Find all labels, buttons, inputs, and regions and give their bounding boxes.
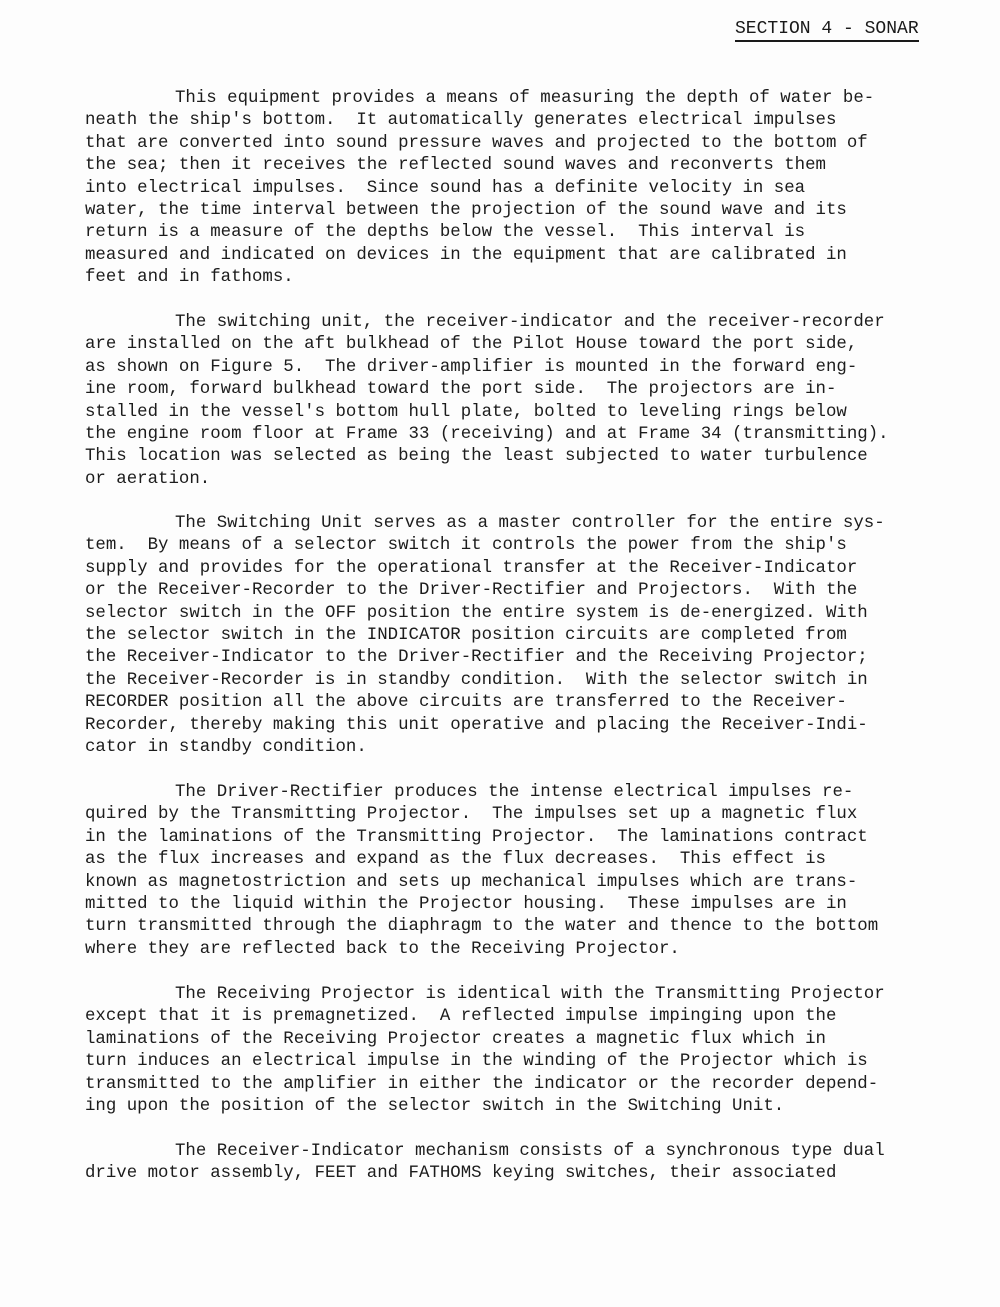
text-line: transmitted to the amplifier in either t… — [85, 1074, 965, 1096]
text-line: feet and in fathoms. — [85, 267, 965, 289]
text-line: ine room, forward bulkhead toward the po… — [85, 379, 965, 401]
text-line: This equipment provides a means of measu… — [85, 88, 965, 110]
text-line: turn transmitted through the diaphragm t… — [85, 916, 965, 938]
text-line: in the laminations of the Transmitting P… — [85, 827, 965, 849]
text-line: the selector switch in the INDICATOR pos… — [85, 625, 965, 647]
text-line: measured and indicated on devices in the… — [85, 245, 965, 267]
text-line: Recorder, thereby making this unit opera… — [85, 715, 965, 737]
text-line: The switching unit, the receiver-indicat… — [85, 312, 965, 334]
text-line: the Receiver-Indicator to the Driver-Rec… — [85, 647, 965, 669]
text-line: The Switching Unit serves as a master co… — [85, 513, 965, 535]
text-line: selector switch in the OFF position the … — [85, 603, 965, 625]
text-line: tem. By means of a selector switch it co… — [85, 535, 965, 557]
paragraph-equipment-overview: This equipment provides a means of measu… — [85, 88, 965, 290]
text-line: This location was selected as being the … — [85, 446, 965, 468]
paragraph-driver-rectifier: The Driver-Rectifier produces the intens… — [85, 782, 965, 961]
section-header: SECTION 4 - SONAR — [735, 19, 919, 42]
text-line: supply and provides for the operational … — [85, 558, 965, 580]
text-line: water, the time interval between the pro… — [85, 200, 965, 222]
text-line: laminations of the Receiving Projector c… — [85, 1029, 965, 1051]
text-line: stalled in the vessel's bottom hull plat… — [85, 402, 965, 424]
paragraph-installation-location: The switching unit, the receiver-indicat… — [85, 312, 965, 491]
text-line: cator in standby condition. — [85, 737, 965, 759]
text-line: are installed on the aft bulkhead of the… — [85, 334, 965, 356]
text-line: or the Receiver-Recorder to the Driver-R… — [85, 580, 965, 602]
document-page: SECTION 4 - SONAR This equipment provide… — [0, 0, 1000, 1307]
paragraph-receiver-indicator: The Receiver-Indicator mechanism consist… — [85, 1141, 965, 1186]
text-line: known as magnetostriction and sets up me… — [85, 872, 965, 894]
text-line: mitted to the liquid within the Projecto… — [85, 894, 965, 916]
text-line: as the flux increases and expand as the … — [85, 849, 965, 871]
text-line: return is a measure of the depths below … — [85, 222, 965, 244]
text-line: turn induces an electrical impulse in th… — [85, 1051, 965, 1073]
paragraph-receiving-projector: The Receiving Projector is identical wit… — [85, 984, 965, 1118]
text-line: as shown on Figure 5. The driver-amplifi… — [85, 357, 965, 379]
text-line: or aeration. — [85, 469, 965, 491]
text-line: the engine room floor at Frame 33 (recei… — [85, 424, 965, 446]
paragraph-switching-unit: The Switching Unit serves as a master co… — [85, 513, 965, 759]
text-line: drive motor assembly, FEET and FATHOMS k… — [85, 1163, 965, 1185]
text-line: The Receiving Projector is identical wit… — [85, 984, 965, 1006]
text-line: ing upon the position of the selector sw… — [85, 1096, 965, 1118]
text-line: that are converted into sound pressure w… — [85, 133, 965, 155]
text-line: RECORDER position all the above circuits… — [85, 692, 965, 714]
text-line: quired by the Transmitting Projector. Th… — [85, 804, 965, 826]
text-line: into electrical impulses. Since sound ha… — [85, 178, 965, 200]
text-line: the Receiver-Recorder is in standby cond… — [85, 670, 965, 692]
text-line: neath the ship's bottom. It automaticall… — [85, 110, 965, 132]
text-line: The Driver-Rectifier produces the intens… — [85, 782, 965, 804]
text-line: the sea; then it receives the reflected … — [85, 155, 965, 177]
text-line: The Receiver-Indicator mechanism consist… — [85, 1141, 965, 1163]
text-line: where they are reflected back to the Rec… — [85, 939, 965, 961]
text-line: except that it is premagnetized. A refle… — [85, 1006, 965, 1028]
